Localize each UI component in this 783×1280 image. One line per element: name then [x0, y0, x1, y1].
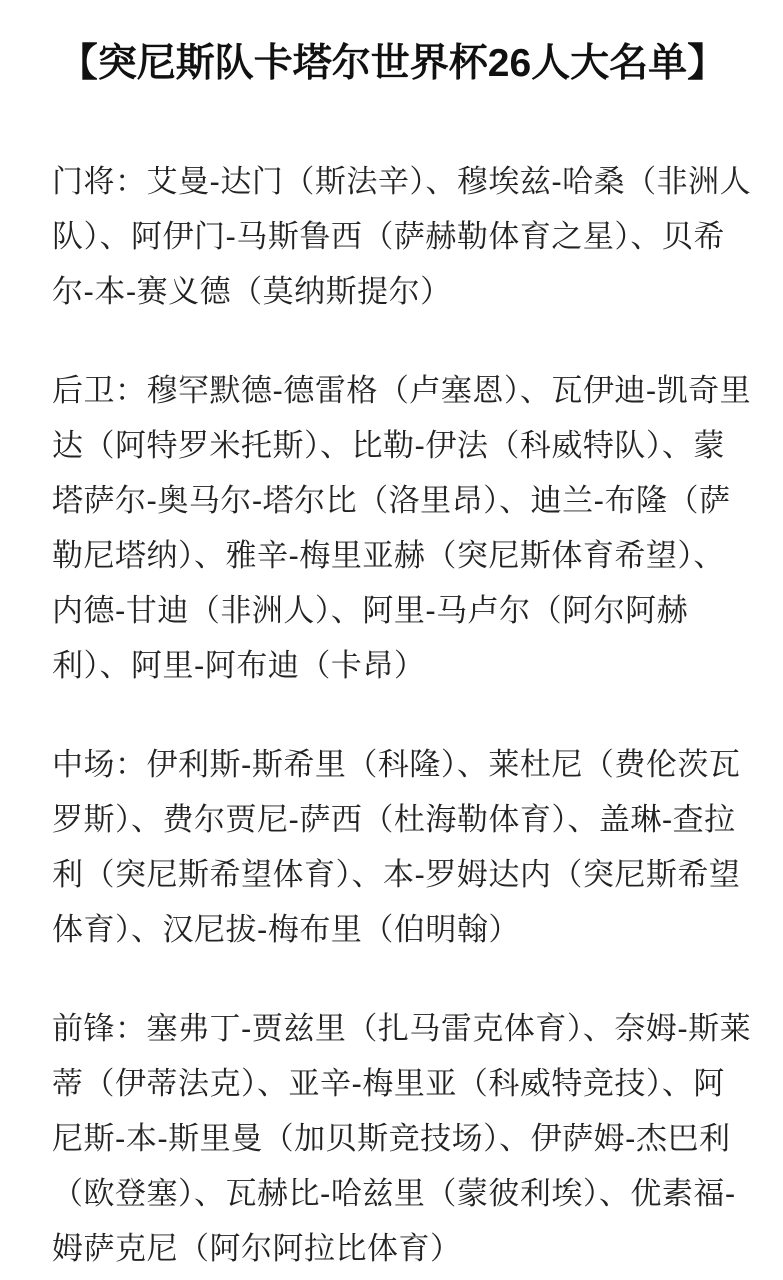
text-line: 姆萨克尼（阿尔阿拉比体育）	[52, 1221, 733, 1276]
defenders-paragraph: 后卫：穆罕默德-德雷格（卢塞恩）、瓦伊迪-凯奇里 达（阿特罗米托斯）、比勒-伊法…	[52, 363, 733, 693]
midfielders-paragraph: 中场：伊利斯-斯希里（科隆）、莱杜尼（费伦茨瓦 罗斯）、费尔贾尼-萨西（杜海勒体…	[52, 737, 733, 957]
text-line: 中场：伊利斯-斯希里（科隆）、莱杜尼（费伦茨瓦	[52, 737, 733, 792]
text-line: 尔-本-赛义德（莫纳斯提尔）	[52, 264, 733, 319]
article-body: 【突尼斯队卡塔尔世界杯26人大名单】 门将：艾曼-达门（斯法辛）、穆埃兹-哈桑（…	[0, 40, 783, 1276]
text-line: 队）、阿伊门-马斯鲁西（萨赫勒体育之星）、贝希	[52, 209, 733, 264]
goalkeepers-paragraph: 门将：艾曼-达门（斯法辛）、穆埃兹-哈桑（非洲人 队）、阿伊门-马斯鲁西（萨赫勒…	[52, 154, 733, 319]
text-line: 罗斯）、费尔贾尼-萨西（杜海勒体育）、盖琳-查拉	[52, 792, 733, 847]
text-line: 门将：艾曼-达门（斯法辛）、穆埃兹-哈桑（非洲人	[52, 154, 733, 209]
text-line: 前锋：塞弗丁-贾兹里（扎马雷克体育）、奈姆-斯莱	[52, 1001, 733, 1056]
text-line: （欧登塞）、瓦赫比-哈兹里（蒙彼利埃）、优素福-	[52, 1166, 733, 1221]
article-title: 【突尼斯队卡塔尔世界杯26人大名单】	[52, 40, 733, 88]
text-line: 后卫：穆罕默德-德雷格（卢塞恩）、瓦伊迪-凯奇里	[52, 363, 733, 418]
text-line: 体育）、汉尼拔-梅布里（伯明翰）	[52, 902, 733, 957]
text-line: 蒂（伊蒂法克）、亚辛-梅里亚（科威特竞技）、阿	[52, 1056, 733, 1111]
text-line: 达（阿特罗米托斯）、比勒-伊法（科威特队）、蒙	[52, 418, 733, 473]
text-line: 尼斯-本-斯里曼（加贝斯竞技场）、伊萨姆-杰巴利	[52, 1111, 733, 1166]
forwards-paragraph: 前锋：塞弗丁-贾兹里（扎马雷克体育）、奈姆-斯莱 蒂（伊蒂法克）、亚辛-梅里亚（…	[52, 1001, 733, 1276]
text-line: 内德-甘迪（非洲人）、阿里-马卢尔（阿尔阿赫	[52, 583, 733, 638]
text-line: 勒尼塔纳）、雅辛-梅里亚赫（突尼斯体育希望）、	[52, 528, 733, 583]
text-line: 塔萨尔-奥马尔-塔尔比（洛里昂）、迪兰-布隆（萨	[52, 473, 733, 528]
text-line: 利）、阿里-阿布迪（卡昂）	[52, 638, 733, 693]
text-line: 利（突尼斯希望体育）、本-罗姆达内（突尼斯希望	[52, 847, 733, 902]
